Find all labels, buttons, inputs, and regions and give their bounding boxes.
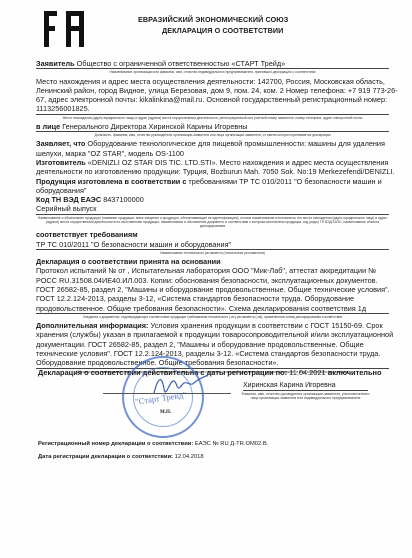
applicant-address-line: 67, адрес электронной почты: kikalinkina… — [36, 95, 389, 104]
union-title: ЕВРАЗИЙСКИЙ ЭКОНОМИЧЕСКИЙ СОЮЗ — [138, 15, 288, 24]
manufacturer-label: Изготовитель — [36, 158, 86, 167]
manufacturer-row: Изготовитель «DENIZLI OZ STAR DIS TIC. L… — [36, 158, 389, 167]
basis-line: ГОСТ 12.2.124-2013, разделы 3-12, «Систе… — [36, 294, 389, 303]
applicant-note: Наименование организации или фамилия, им… — [36, 70, 389, 74]
produced-per-line: оборудования" — [36, 186, 389, 195]
declaration-document: ЕВРАЗИЙСКИЙ ЭКОНОМИЧЕСКИЙ СОЮЗ ДЕКЛАРАЦИ… — [0, 0, 412, 558]
basis-note: Сведения о документах, подтверждающих со… — [36, 315, 389, 319]
batch-row: Серийный выпуск — [36, 204, 389, 214]
produced-per-value: требованиями ТР ТС 010/2011 "О безопасно… — [188, 177, 381, 186]
registration-date-value: 12.04.2018 — [175, 454, 204, 460]
representative-label: в лице — [36, 122, 60, 131]
registration-date-row: Дата регистрации декларации о соответств… — [38, 454, 204, 460]
additional-label: Дополнительная информация: — [36, 321, 148, 330]
basis-line: Протокол испытаний № от , Испытательная … — [36, 266, 389, 275]
additional-line: документации. ГОСТ 26582-85, раздел 2, "… — [36, 340, 389, 349]
registration-number-row: Регистрационный номер декларации о соотв… — [38, 441, 268, 447]
declares-label: Заявляет, что — [36, 139, 85, 148]
basis-line: ГОСТ 26582-85, раздел 2, "Машины и обору… — [36, 285, 389, 294]
hs-code-label: Код ТН ВЭД ЕАЭС — [36, 195, 101, 204]
signatory-name: Хиринская Карина Игоревна — [243, 382, 368, 391]
declares-row: Заявляет, что Оборудование технологическ… — [36, 139, 389, 148]
representative-row: в лице Генерального Директора Хиринской … — [36, 122, 389, 132]
applicant-address-line: Место нахождения и адрес места осуществл… — [36, 77, 389, 86]
basis-line: продовольственное. Общие требования безо… — [36, 304, 389, 314]
produced-per-row: Продукция изготовлена в соответствии с т… — [36, 177, 389, 186]
eac-logo-icon — [44, 11, 86, 47]
applicant-label: Заявитель — [36, 59, 75, 68]
declares-line: шелухи, марка "OZ STAR", модель OS-1100 — [36, 149, 389, 158]
complies-value: ТР ТС 010/2011 "О безопасности машин и о… — [36, 240, 389, 250]
representative-note: Должность, фамилия, имя, отчество руково… — [36, 133, 389, 137]
product-note: Наименование и обозначение продукции (на… — [36, 216, 389, 229]
additional-row: Дополнительная информация: Условия хране… — [36, 321, 389, 330]
registration-number-value: ЕАЭС № RU Д-TR.ОМ02.В. — [195, 441, 268, 447]
applicant-address-line: Ленинский район, город Видное, улица Бер… — [36, 86, 389, 95]
additional-value: Условия хранения продукции в соответстви… — [151, 321, 383, 330]
stamp-mp-label: М.П. — [160, 410, 171, 415]
complies-label: соответствует требованиям — [36, 230, 389, 239]
manufacturer-line: деятельности по изготовлению продукции: … — [36, 167, 389, 176]
representative-value: Генерального Директора Хиринской Карины … — [62, 122, 247, 131]
document-body: Заявитель Общество с ограниченной ответс… — [36, 59, 389, 376]
applicant-address-line: 1113256001825. — [36, 104, 389, 114]
declares-value: Оборудование технологическое для пищевой… — [87, 139, 385, 148]
hs-code-value: 8437100000 — [103, 195, 144, 204]
document-title: ДЕКЛАРАЦИЯ О СООТВЕТСТВИИ — [162, 26, 283, 35]
registration-number-label: Регистрационный номер декларации о соотв… — [38, 441, 193, 447]
applicant-value: Общество с ограниченной ответственностью… — [77, 59, 286, 68]
additional-line: хранения (службы) указан в прилагаемой к… — [36, 330, 389, 339]
manufacturer-value: «DENIZLI OZ STAR DIS TIC. LTD.STI». Мест… — [88, 158, 389, 167]
applicant-address-note: Место нахождения (адрес юридического лиц… — [36, 116, 389, 120]
signatory-note: Фамилия, имя, отчество руководителя орга… — [238, 392, 373, 401]
produced-per-label: Продукция изготовлена в соответствии с — [36, 177, 186, 186]
basis-label: Декларация о соответствии принята на осн… — [36, 257, 389, 266]
registration-date-label: Дата регистрации декларации о соответств… — [38, 454, 173, 460]
hs-code-row: Код ТН ВЭД ЕАЭС 8437100000 — [36, 195, 389, 204]
complies-note: Наименование технического регламента (те… — [36, 251, 389, 255]
validity-suffix: включительно — [328, 368, 382, 377]
validity-date: 11.04.2021 — [289, 368, 325, 377]
applicant-row: Заявитель Общество с ограниченной ответс… — [36, 59, 389, 69]
basis-line: РОСС RU.31508.04ИЕ40.ИЛ.003. Копии: обос… — [36, 276, 389, 285]
additional-line: технические условия". ГОСТ 12.2.124-2013… — [36, 349, 389, 358]
